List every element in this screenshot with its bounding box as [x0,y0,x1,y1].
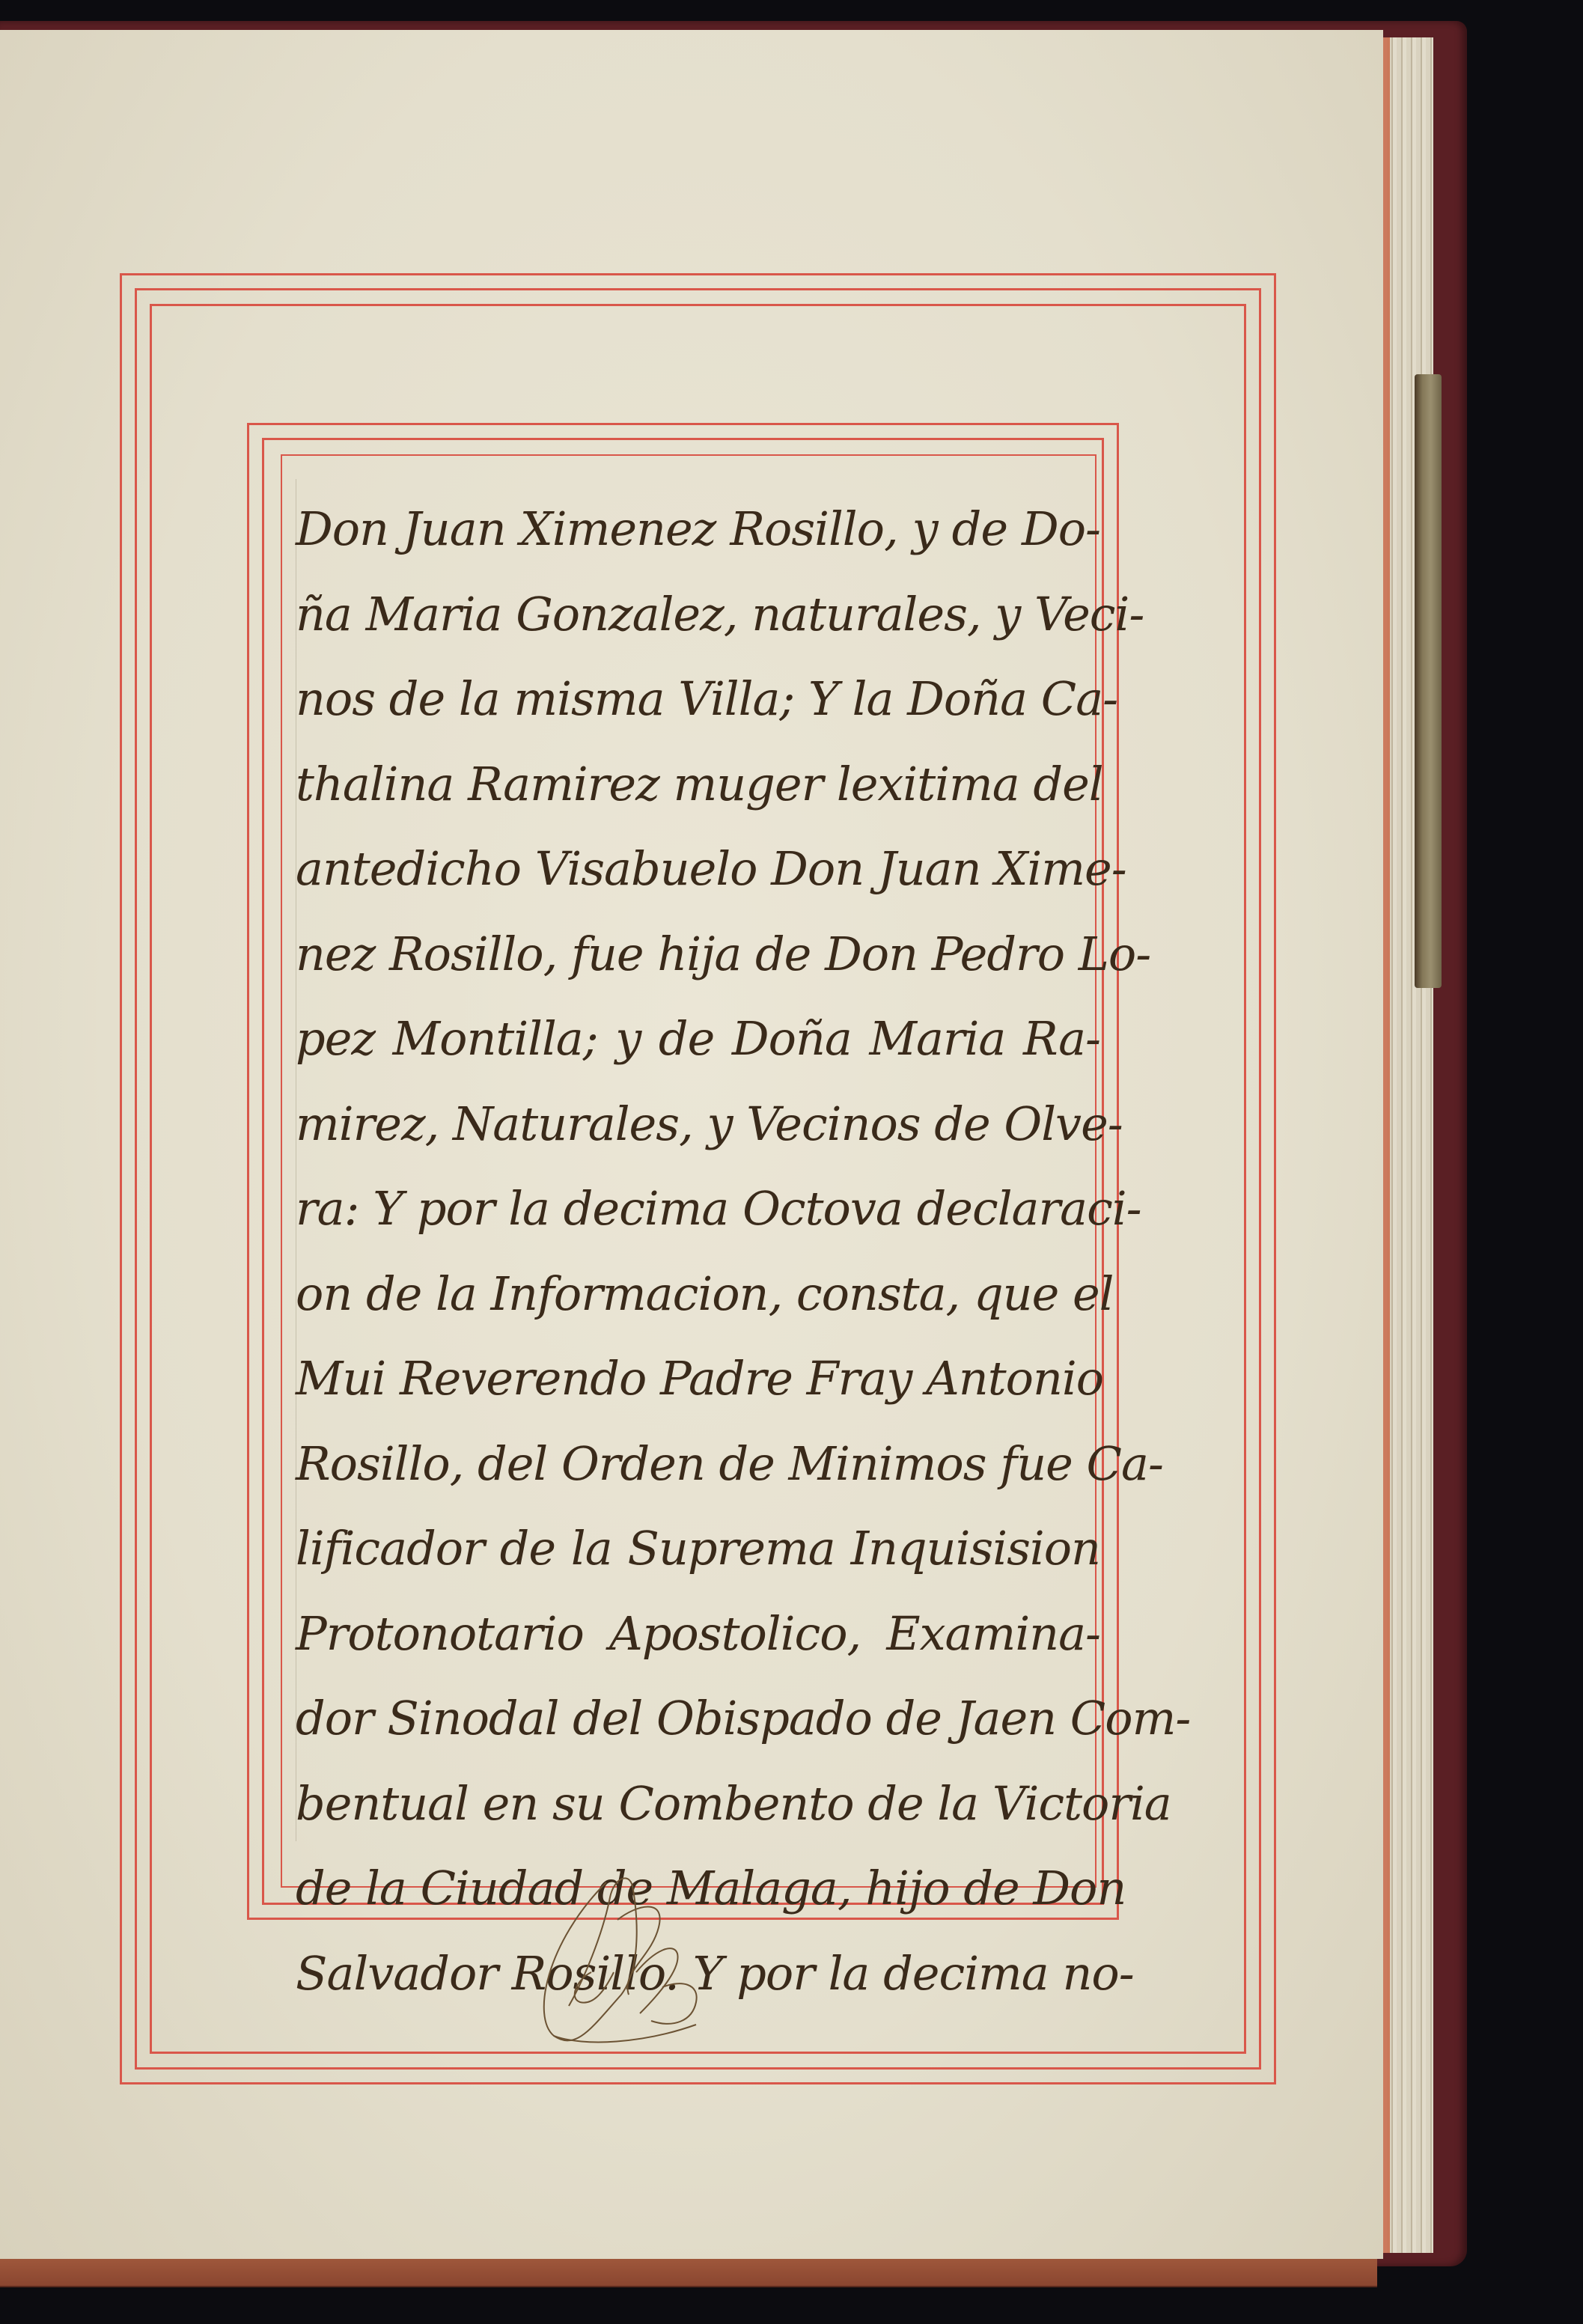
text-line: ra: Y por la decima Octova declaraci- [296,1166,1100,1251]
text-line: lificador de la Suprema Inquisision [296,1506,1100,1591]
text-line: bentual en su Combento de la Victoria [296,1761,1100,1846]
manuscript-text: Don Juan Ximenez Rosillo, y de Do- ña Ma… [296,487,1100,1841]
text-line: Rosillo, del Orden de Minimos fue Ca- [296,1421,1100,1507]
text-line: antedicho Visabuelo Don Juan Xime- [296,826,1100,912]
text-line: mirez, Naturales, y Vecinos de Olve- [296,1082,1100,1167]
rubric-signature-icon [524,1867,763,2047]
text-line: ña Maria Gonzalez, naturales, y Veci- [296,572,1100,657]
text-line: on de la Informacion, consta, que el [296,1251,1100,1337]
paper-tab-strip [1415,374,1442,988]
text-line: thalina Ramirez muger lexitima del [296,742,1100,827]
text-line: dor Sinodal del Obispado de Jaen Com- [296,1676,1100,1761]
scan-background: Don Juan Ximenez Rosillo, y de Do- ña Ma… [0,0,1583,2324]
binding-fabric-bottom [0,2254,1377,2287]
text-line: Protonotario Apostolico, Examina- [296,1591,1100,1677]
text-line: Mui Reverendo Padre Fray Antonio [296,1336,1100,1421]
text-line: pez Montilla; y de Doña Maria Ra- [296,996,1100,1082]
text-line: nez Rosillo, fue hija de Don Pedro Lo- [296,912,1100,997]
text-line: Don Juan Ximenez Rosillo, y de Do- [296,487,1100,572]
text-line: nos de la misma Villa; Y la Doña Ca- [296,656,1100,742]
